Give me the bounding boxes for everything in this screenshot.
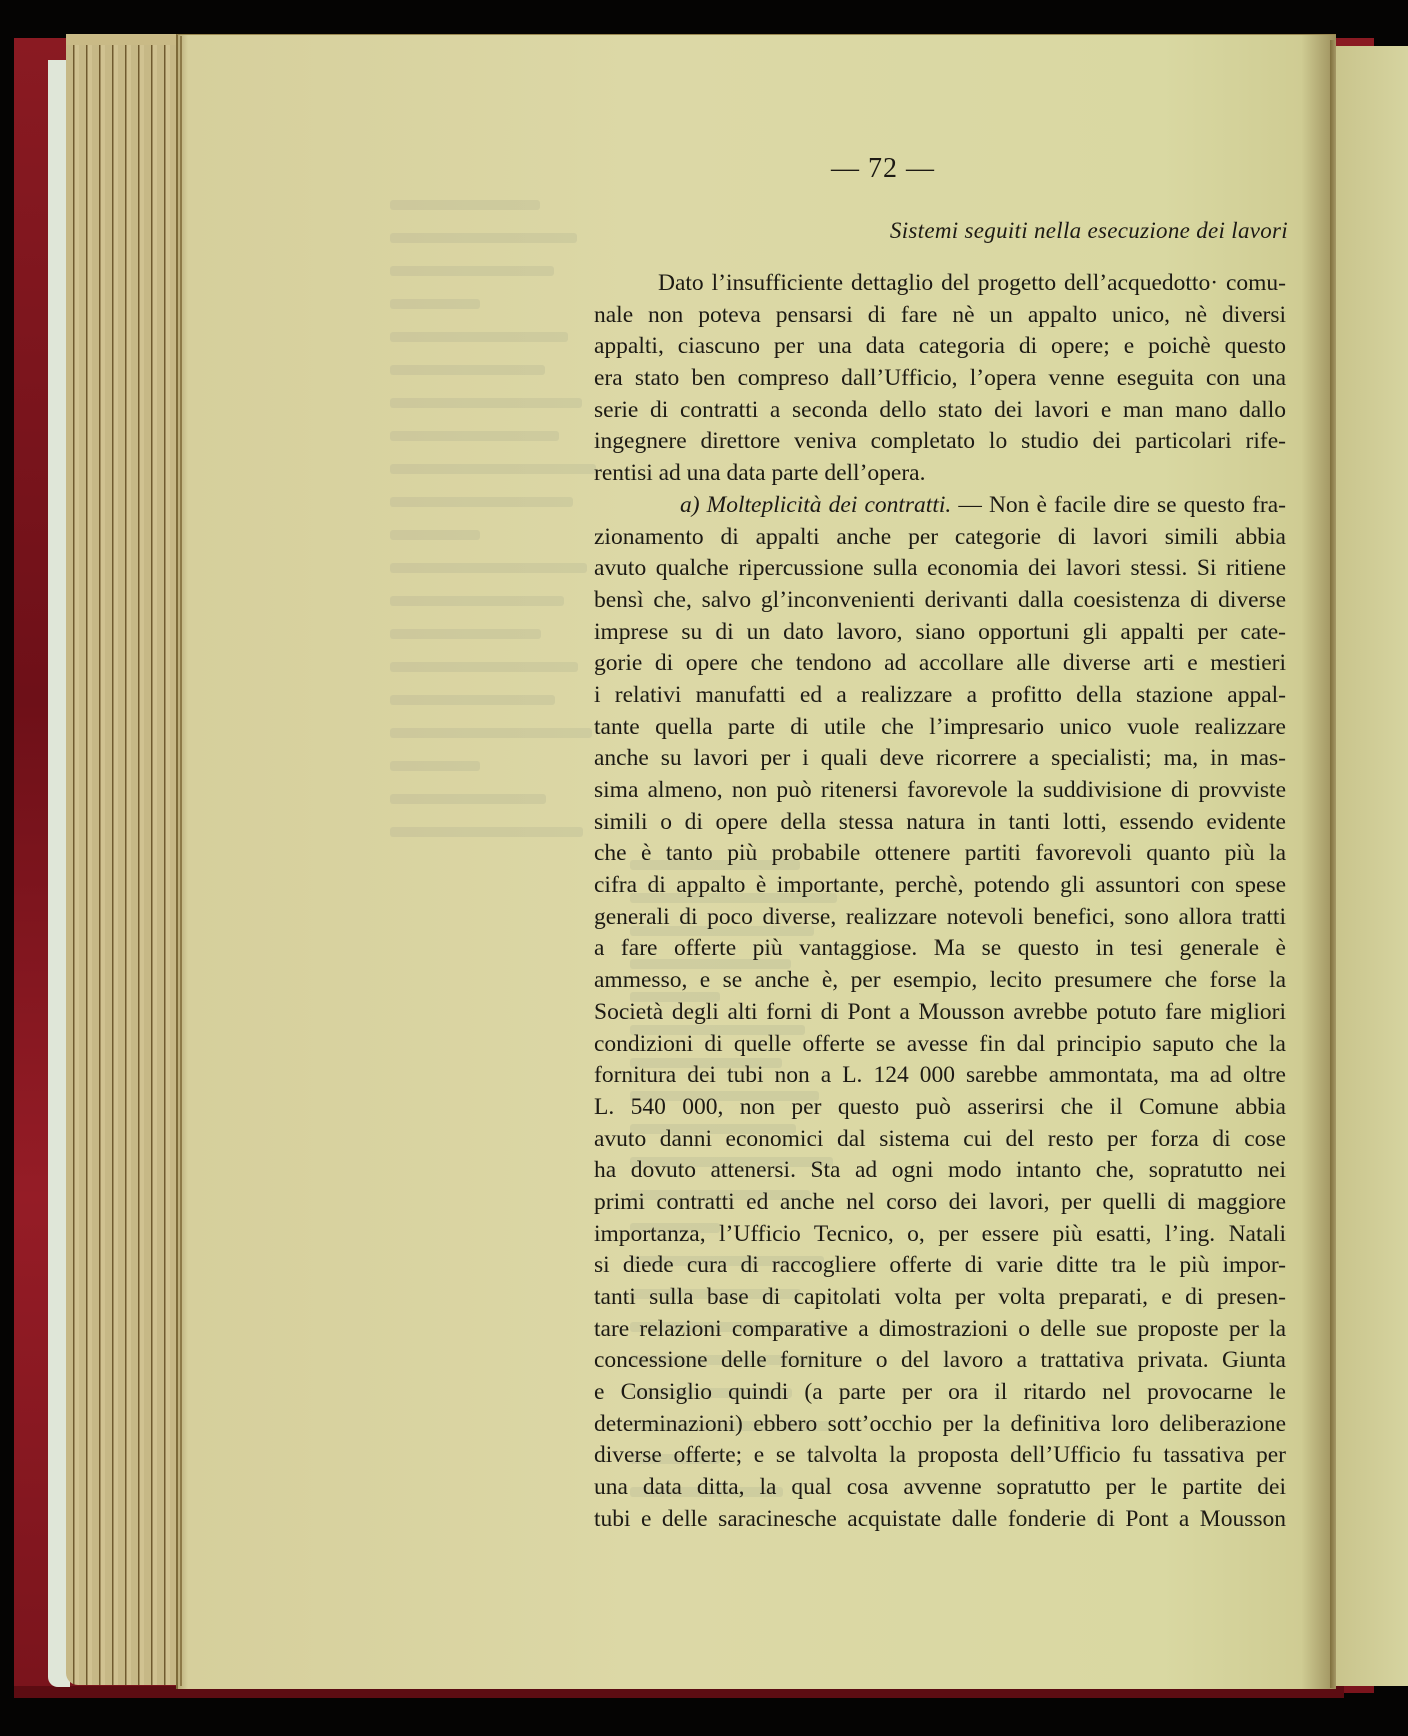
body-text: Dato l’insufficiente dettaglio del proge… bbox=[594, 268, 1286, 1536]
text-line: tare relazioni comparative a dimostrazio… bbox=[594, 1314, 1286, 1346]
section-title: Sistemi seguiti nella esecuzione dei lav… bbox=[748, 218, 1288, 244]
text-line: gorie di opere che tendono ad accollare … bbox=[594, 648, 1286, 680]
text-line: avuto qualche ripercussione sulla econom… bbox=[594, 553, 1286, 585]
text-line: zionamento di appalti anche per categori… bbox=[594, 522, 1286, 554]
text-line: avuto danni economici dal sistema cui de… bbox=[594, 1124, 1286, 1156]
text-line: Dato l’insufficiente dettaglio del proge… bbox=[594, 268, 1286, 300]
text-line: una data ditta, la qual cosa avvenne sop… bbox=[594, 1472, 1286, 1504]
text-line: anche su lavori per i quali deve ricorre… bbox=[594, 743, 1286, 775]
show-through-line bbox=[390, 596, 564, 606]
text-line: sima almeno, non può ritenersi favorevol… bbox=[594, 775, 1286, 807]
text-line: rentisi ad una data parte dell’opera. bbox=[594, 458, 1286, 490]
show-through-line bbox=[390, 695, 555, 705]
show-through-line bbox=[390, 530, 480, 540]
show-through-line bbox=[390, 431, 559, 441]
text-line: concessione delle forniture o del lavoro… bbox=[594, 1345, 1286, 1377]
show-through-line bbox=[390, 827, 583, 837]
text-line: determinazioni) ebbero sott’occhio per l… bbox=[594, 1409, 1286, 1441]
show-through-line bbox=[390, 728, 592, 738]
show-through-line bbox=[390, 662, 578, 672]
book-gutter bbox=[1330, 40, 1336, 1688]
text-line: a fare offerte più vantaggiose. Ma se qu… bbox=[594, 933, 1286, 965]
text-line: nale non poteva pensarsi di fare nè un a… bbox=[594, 300, 1286, 332]
text-line: era stato ben compreso dall’Ufficio, l’o… bbox=[594, 363, 1286, 395]
show-through-line bbox=[390, 563, 587, 573]
text-line: imprese su di un dato lavoro, siano oppo… bbox=[594, 617, 1286, 649]
text-line: tubi e delle saracinesche acquistate dal… bbox=[594, 1504, 1286, 1536]
show-through-line bbox=[390, 761, 480, 771]
text-line: i relativi manufatti ed a realizzare a p… bbox=[594, 680, 1286, 712]
text-line: diverse offerte; e se talvolta la propos… bbox=[594, 1440, 1286, 1472]
subsection-heading: a) Molteplicità dei contratti. bbox=[680, 492, 951, 518]
page-stack-edges bbox=[66, 45, 181, 1685]
facing-page bbox=[1336, 46, 1408, 1686]
show-through-line bbox=[390, 266, 554, 276]
page-number: — 72 — bbox=[831, 153, 935, 185]
show-through-line bbox=[390, 200, 540, 210]
text-line: simili o di opere della stessa natura in… bbox=[594, 807, 1286, 839]
text-line: appalti, ciascuno per una data categoria… bbox=[594, 331, 1286, 363]
text-line: si diede cura di raccogliere offerte di … bbox=[594, 1250, 1286, 1282]
text-line: importanza, l’Ufficio Tecnico, o, per es… bbox=[594, 1219, 1286, 1251]
show-through-line bbox=[390, 365, 545, 375]
text-line: L. 540 000, non per questo può asserirsi… bbox=[594, 1092, 1286, 1124]
text-line: a) Molteplicità dei contratti. — Non è f… bbox=[594, 490, 1286, 522]
text-line: condizioni di quelle offerte se avesse f… bbox=[594, 1029, 1286, 1061]
text-line: cifra di appalto è importante, perchè, p… bbox=[594, 870, 1286, 902]
text-line: ammesso, e se anche è, per esempio, leci… bbox=[594, 965, 1286, 997]
text-line: bensì che, salvo gl’inconvenienti deriva… bbox=[594, 585, 1286, 617]
show-through-line bbox=[390, 233, 577, 243]
text-line: generali di poco diverse, realizzare not… bbox=[594, 902, 1286, 934]
show-through-line bbox=[390, 299, 480, 309]
text-line: ingegnere direttore veniva completato lo… bbox=[594, 426, 1286, 458]
show-through-line bbox=[390, 629, 541, 639]
text-line: tante quella parte di utile che l’impres… bbox=[594, 712, 1286, 744]
text-line: Società degli alti forni di Pont a Mouss… bbox=[594, 997, 1286, 1029]
show-through-line bbox=[390, 497, 573, 507]
text-line: che è tanto più probabile ottenere parti… bbox=[594, 838, 1286, 870]
text-line: e Consiglio quindi (a parte per ora il r… bbox=[594, 1377, 1286, 1409]
show-through-line bbox=[390, 332, 568, 342]
show-through-line bbox=[390, 398, 582, 408]
text-line: serie di contratti a seconda dello stato… bbox=[594, 395, 1286, 427]
text-line: fornitura dei tubi non a L. 124 000 sare… bbox=[594, 1060, 1286, 1092]
text-line: ha dovuto attenersi. Sta ad ogni modo in… bbox=[594, 1155, 1286, 1187]
page-edge-line bbox=[180, 36, 182, 1686]
show-through-line bbox=[390, 464, 596, 474]
text-line: primi contratti ed anche nel corso dei l… bbox=[594, 1187, 1286, 1219]
text-line: tanti sulla base di capitolati volta per… bbox=[594, 1282, 1286, 1314]
show-through-line bbox=[390, 794, 546, 804]
